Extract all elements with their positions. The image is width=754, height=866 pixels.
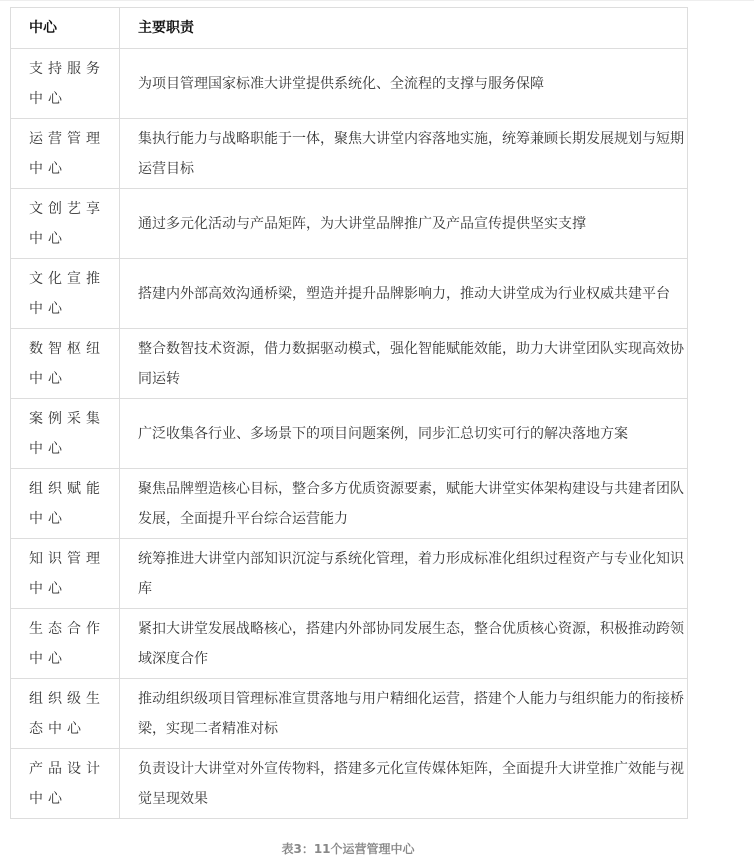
- center-duty: 聚焦品牌塑造核心目标，整合多方优质资源要素，赋能大讲堂实体架构建设与共建者团队发…: [120, 469, 688, 539]
- operations-centers-table: 中心 主要职责 支持服务中心 为项目管理国家标准大讲堂提供系统化、全流程的支撑与…: [10, 7, 688, 819]
- center-duty: 统筹推进大讲堂内部知识沉淀与系统化管理，着力形成标准化组织过程资产与专业化知识库: [120, 539, 688, 609]
- center-duty: 搭建内外部高效沟通桥梁，塑造并提升品牌影响力，推动大讲堂成为行业权威共建平台: [120, 259, 688, 329]
- table-row: 文创艺享中心 通过多元化活动与产品矩阵，为大讲堂品牌推广及产品宣传提供坚实支撑: [11, 189, 688, 259]
- center-name: 案例采集中心: [11, 399, 120, 469]
- table-row: 文化宣推中心 搭建内外部高效沟通桥梁，塑造并提升品牌影响力，推动大讲堂成为行业权…: [11, 259, 688, 329]
- table-row: 知识管理中心 统筹推进大讲堂内部知识沉淀与系统化管理，着力形成标准化组织过程资产…: [11, 539, 688, 609]
- center-name: 生态合作中心: [11, 609, 120, 679]
- center-duty: 整合数智技术资源，借力数据驱动模式，强化智能赋能效能，助力大讲堂团队实现高效协同…: [120, 329, 688, 399]
- center-duty: 紧扣大讲堂发展战略核心，搭建内外部协同发展生态，整合优质核心资源，积极推动跨领域…: [120, 609, 688, 679]
- table-row: 组织赋能中心 聚焦品牌塑造核心目标，整合多方优质资源要素，赋能大讲堂实体架构建设…: [11, 469, 688, 539]
- center-name: 数智枢纽中心: [11, 329, 120, 399]
- center-duty: 负责设计大讲堂对外宣传物料，搭建多元化宣传媒体矩阵，全面提升大讲堂推广效能与视觉…: [120, 749, 688, 819]
- center-name: 文创艺享中心: [11, 189, 120, 259]
- table-row: 数智枢纽中心 整合数智技术资源，借力数据驱动模式，强化智能赋能效能，助力大讲堂团…: [11, 329, 688, 399]
- center-name: 知识管理中心: [11, 539, 120, 609]
- header-center: 中心: [11, 8, 120, 49]
- center-duty: 通过多元化活动与产品矩阵，为大讲堂品牌推广及产品宣传提供坚实支撑: [120, 189, 688, 259]
- center-name: 支持服务中心: [11, 49, 120, 119]
- center-name: 文化宣推中心: [11, 259, 120, 329]
- center-name: 运营管理中心: [11, 119, 120, 189]
- table-row: 支持服务中心 为项目管理国家标准大讲堂提供系统化、全流程的支撑与服务保障: [11, 49, 688, 119]
- center-duty: 集执行能力与战略职能于一体，聚焦大讲堂内容落地实施，统筹兼顾长期发展规划与短期运…: [120, 119, 688, 189]
- table-row: 运营管理中心 集执行能力与战略职能于一体，聚焦大讲堂内容落地实施，统筹兼顾长期发…: [11, 119, 688, 189]
- center-name: 产品设计中心: [11, 749, 120, 819]
- table-row: 组织级生态中心 推动组织级项目管理标准宣贯落地与用户精细化运营，搭建个人能力与组…: [11, 679, 688, 749]
- center-duty: 广泛收集各行业、多场景下的项目问题案例，同步汇总切实可行的解决落地方案: [120, 399, 688, 469]
- table-row: 案例采集中心 广泛收集各行业、多场景下的项目问题案例，同步汇总切实可行的解决落地…: [11, 399, 688, 469]
- table-caption: 表3：11个运营管理中心: [0, 840, 696, 857]
- center-name: 组织级生态中心: [11, 679, 120, 749]
- center-name: 组织赋能中心: [11, 469, 120, 539]
- table-row: 产品设计中心 负责设计大讲堂对外宣传物料，搭建多元化宣传媒体矩阵，全面提升大讲堂…: [11, 749, 688, 819]
- center-duty: 为项目管理国家标准大讲堂提供系统化、全流程的支撑与服务保障: [120, 49, 688, 119]
- table-row: 生态合作中心 紧扣大讲堂发展战略核心，搭建内外部协同发展生态，整合优质核心资源，…: [11, 609, 688, 679]
- table-header-row: 中心 主要职责: [11, 8, 688, 49]
- top-divider: [0, 0, 754, 1]
- header-duty: 主要职责: [120, 8, 688, 49]
- center-duty: 推动组织级项目管理标准宣贯落地与用户精细化运营，搭建个人能力与组织能力的衔接桥梁…: [120, 679, 688, 749]
